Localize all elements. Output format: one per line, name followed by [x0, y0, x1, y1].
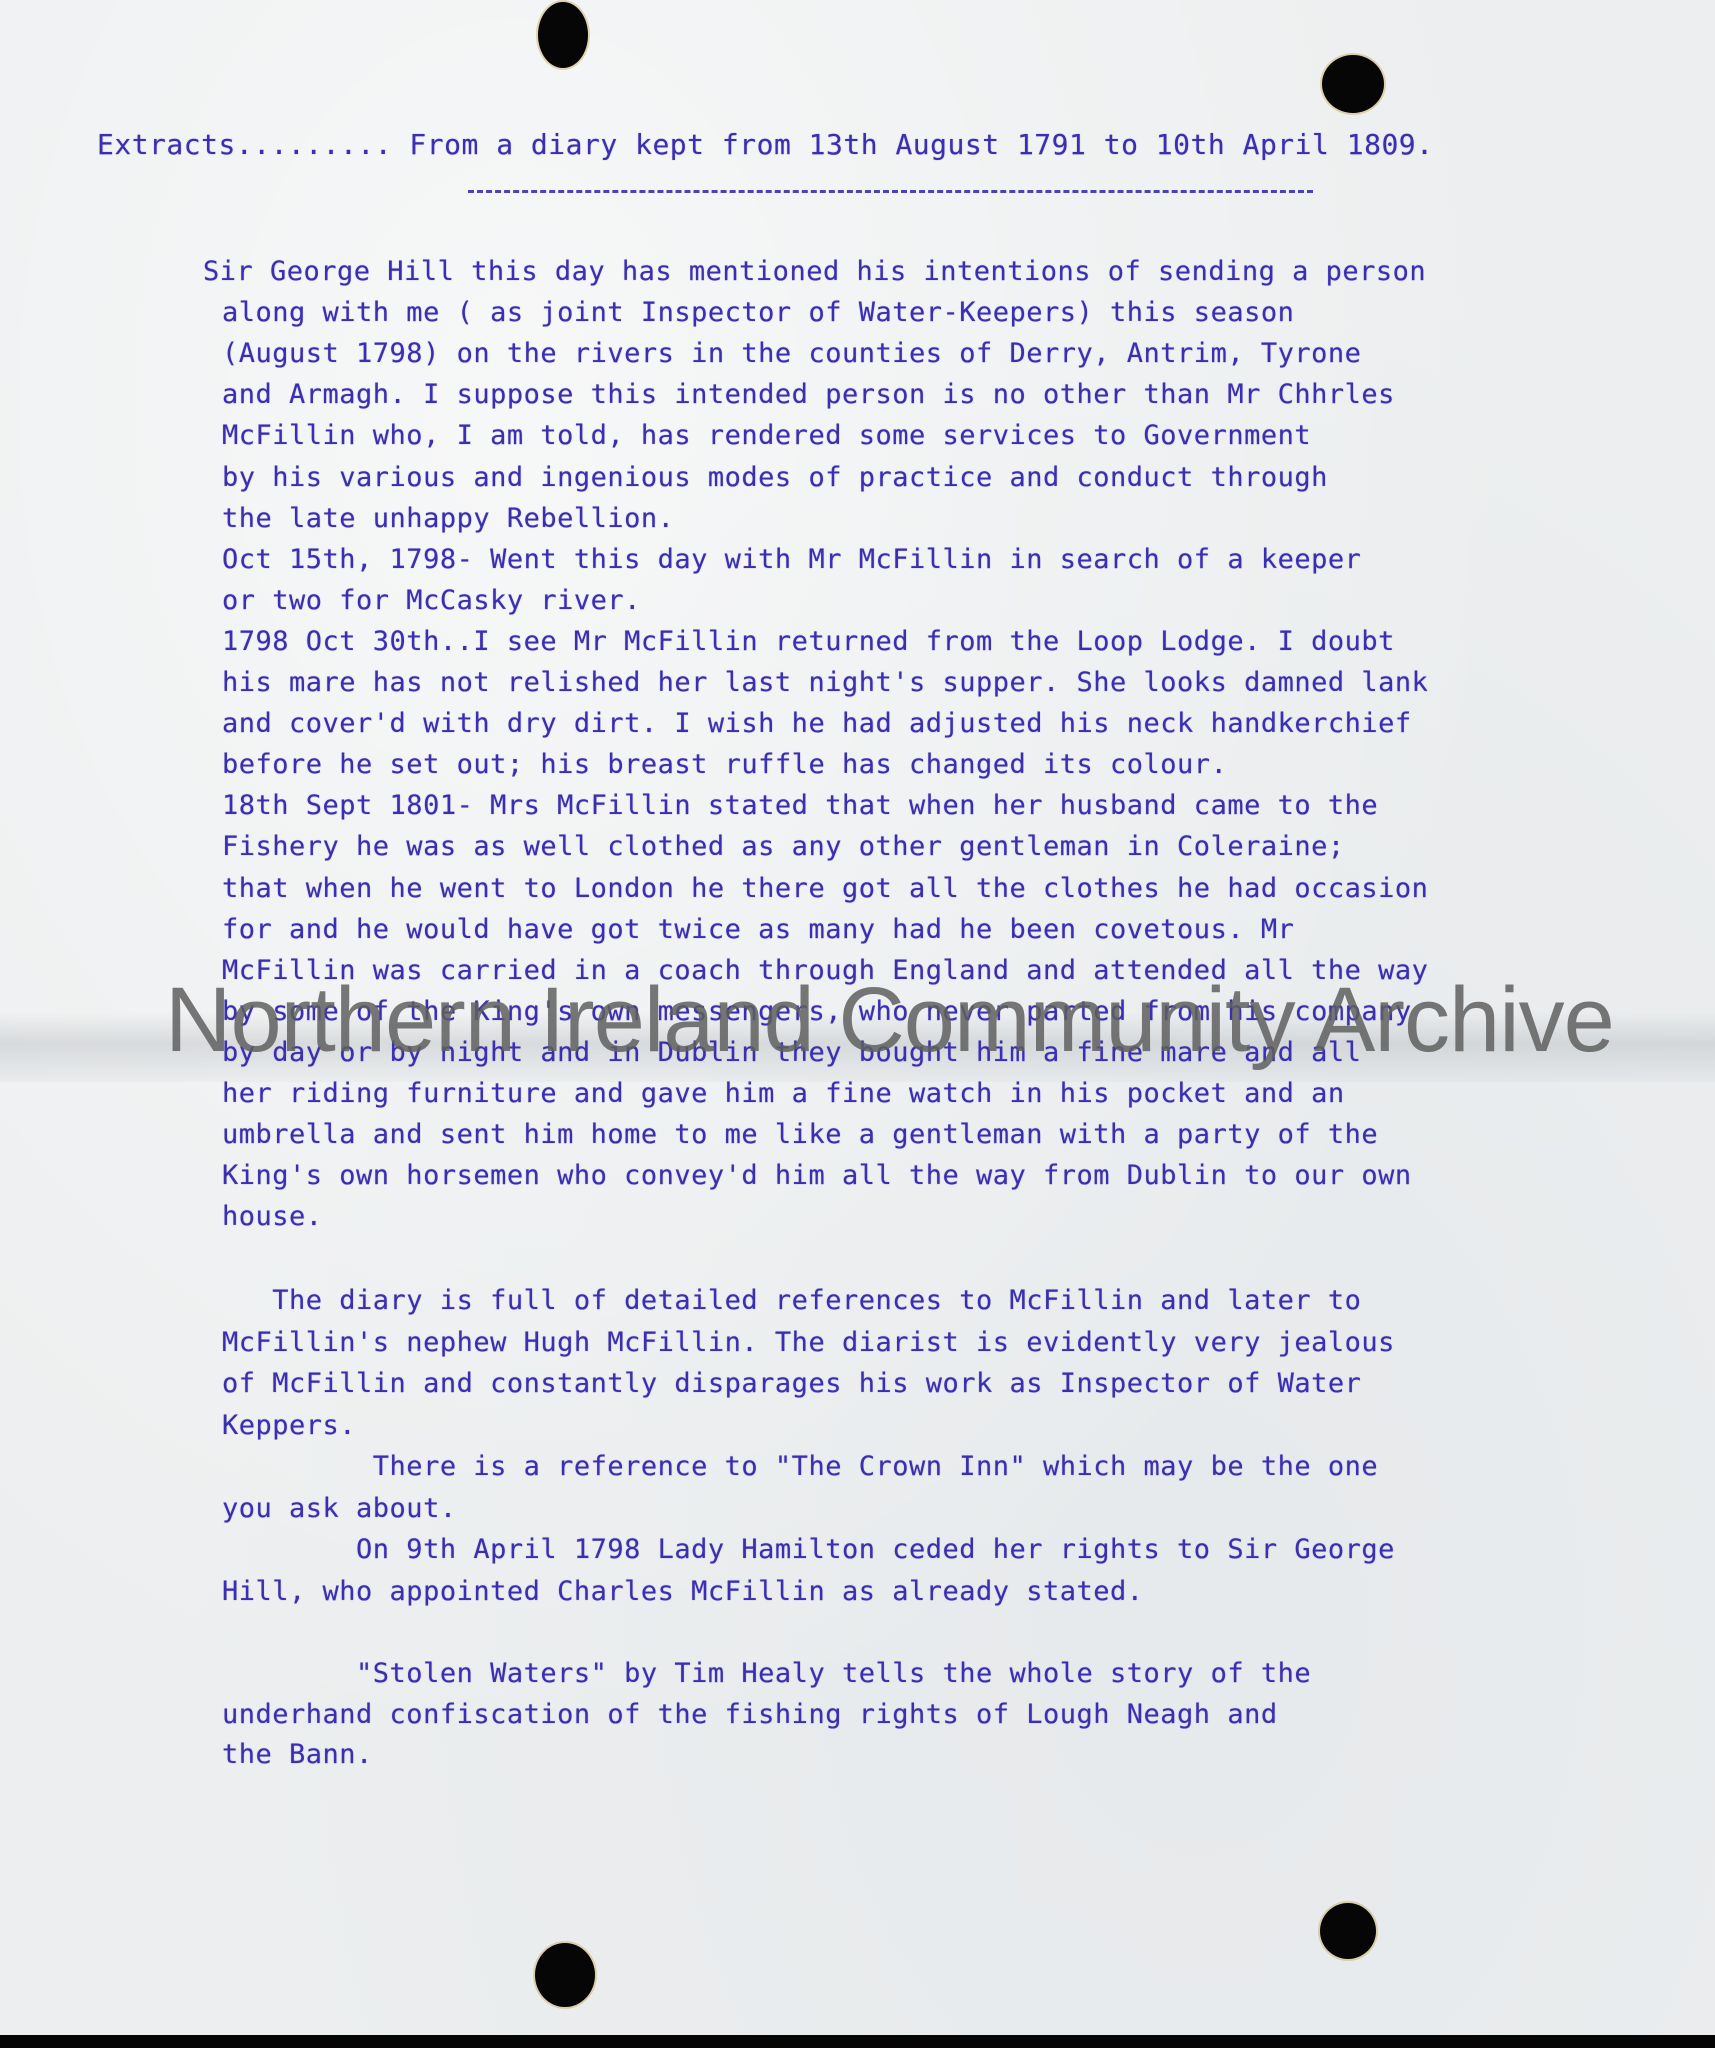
- diary-line: that when he went to London he there got…: [222, 873, 1428, 904]
- diary-line: house.: [222, 1201, 323, 1232]
- diary-line: along with me ( as joint Inspector of Wa…: [222, 297, 1294, 328]
- punch-hole-top-left: [538, 2, 588, 68]
- scan-bottom-edge: [0, 2035, 1715, 2048]
- diary-line: Sir George Hill this day has mentioned h…: [203, 256, 1426, 287]
- diary-line: Oct 15th, 1798- Went this day with Mr Mc…: [222, 544, 1361, 575]
- closing-line: the Bann.: [222, 1739, 373, 1770]
- commentary-line: The diary is full of detailed references…: [222, 1285, 1361, 1316]
- commentary-line: of McFillin and constantly disparages hi…: [222, 1368, 1361, 1399]
- diary-line: or two for McCasky river.: [222, 585, 641, 616]
- commentary-line: There is a reference to "The Crown Inn" …: [222, 1451, 1378, 1482]
- diary-line: McFillin who, I am told, has rendered so…: [222, 420, 1311, 451]
- commentary-line: On 9th April 1798 Lady Hamilton ceded he…: [222, 1534, 1395, 1565]
- diary-line: the late unhappy Rebellion.: [222, 503, 674, 534]
- diary-line: by his various and ingenious modes of pr…: [222, 462, 1328, 493]
- diary-line: King's own horsemen who convey'd him all…: [222, 1160, 1412, 1191]
- closing-line: "Stolen Waters" by Tim Healy tells the w…: [222, 1658, 1311, 1689]
- diary-line: (August 1798) on the rivers in the count…: [222, 338, 1361, 369]
- diary-line: and Armagh. I suppose this intended pers…: [222, 379, 1395, 410]
- punch-hole-top-right: [1322, 55, 1384, 113]
- watermark: Northern Ireland Community Archive: [165, 968, 1614, 1073]
- commentary-line: McFillin's nephew Hugh McFillin. The dia…: [222, 1327, 1395, 1358]
- closing-line: underhand confiscation of the fishing ri…: [222, 1699, 1278, 1730]
- diary-line: and cover'd with dry dirt. I wish he had…: [222, 708, 1412, 739]
- commentary-line: Hill, who appointed Charles McFillin as …: [222, 1576, 1144, 1607]
- diary-line: 18th Sept 1801- Mrs McFillin stated that…: [222, 790, 1378, 821]
- diary-line: Fishery he was as well clothed as any ot…: [222, 831, 1345, 862]
- commentary-line: you ask about.: [222, 1493, 457, 1524]
- punch-hole-bottom-left: [535, 1943, 595, 2007]
- document-title: Extracts......... From a diary kept from…: [97, 128, 1434, 161]
- diary-line: umbrella and sent him home to me like a …: [222, 1119, 1378, 1150]
- commentary-line: Keppers.: [222, 1410, 356, 1441]
- punch-hole-bottom-right: [1320, 1903, 1376, 1959]
- diary-line: 1798 Oct 30th..I see Mr McFillin returne…: [222, 626, 1395, 657]
- diary-line: his mare has not relished her last night…: [222, 667, 1428, 698]
- diary-line: her riding furniture and gave him a fine…: [222, 1078, 1345, 1109]
- diary-line: for and he would have got twice as many …: [222, 914, 1294, 945]
- title-underline: [468, 190, 1313, 193]
- diary-line: before he set out; his breast ruffle has…: [222, 749, 1227, 780]
